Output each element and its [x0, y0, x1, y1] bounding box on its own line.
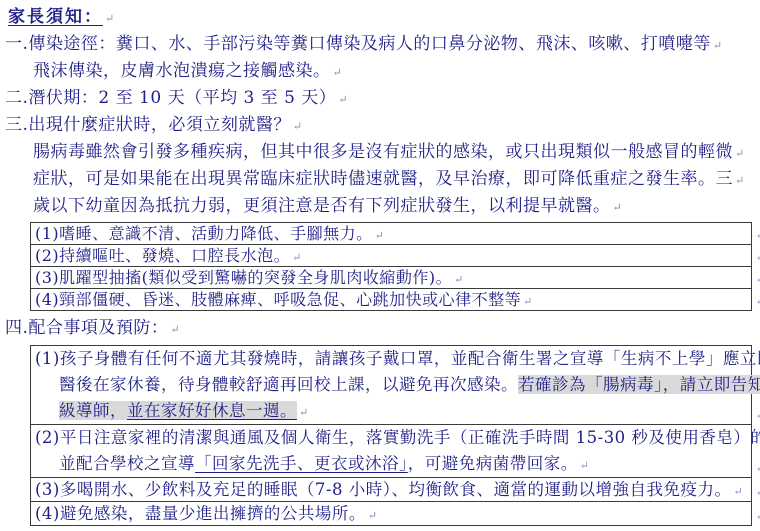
highlighted-underlined-text: 並在家好好休息一週。: [127, 401, 297, 420]
row-end-mark-icon: ↵: [756, 251, 760, 265]
row-end-mark-icon: ↵: [756, 273, 760, 287]
cell-line: 並配合學校之宣導「回家先洗手、更衣或沐浴」，可避免病菌帶回家。↵: [35, 451, 751, 477]
symptoms-paragraph-line-1: 腸病毒雖然會引發多種疾病，但其中很多是沒有症狀的感染，或只出現類似一般感冒的輕微…: [33, 139, 760, 166]
symptoms-paragraph-line-3: 歲以下幼童因為抵抗力弱，更須注意是否有下列症狀發生，以利提早就醫。↵: [33, 193, 760, 220]
table-row: (1)嗜睡、意識不清、活動力降低、手腳無力。↵ ↵: [31, 223, 751, 245]
incubation-line: 二.潛伏期：2 至 10 天（平均 3 至 5 天）↵: [5, 85, 760, 112]
line-break-mark-icon: ↵: [168, 323, 179, 336]
row-end-mark-icon: ↵: [756, 409, 760, 423]
line-break-mark-icon: ↵: [452, 273, 463, 286]
underlined-text: 「回家先洗手、更衣或沐浴」: [195, 454, 408, 473]
symptom-row-text: (3)肌躍型抽搐(類似受到驚嚇的突發全身肌肉收縮動作)。: [35, 268, 452, 287]
line-break-mark-icon: ↵: [297, 406, 308, 419]
cell-line: 醫後在家休養，待身體較舒適再回校上課，以避免再次感染。若確診為「腸病毒」，請立即…: [35, 372, 751, 398]
table-row: (2)持續嘔吐、發燒、口腔長水泡。↵ ↵: [31, 245, 751, 267]
transmission-line-1: 一.傳染途徑：糞口、水、手部污染等糞口傳染及病人的口鼻分泌物、飛沫、咳嗽、打噴嚏…: [5, 31, 760, 58]
paragraph-text: 症狀，可是如果能在出現異常臨床症狀時儘速就醫，及早治療，即可降低重症之發生率。三: [33, 169, 733, 189]
title-line: 家長須知：↵: [5, 4, 760, 31]
symptom-row-text: (2)持續嘔吐、發燒、口腔長水泡。: [35, 246, 290, 265]
document-page: 家長須知：↵ 一.傳染途徑：糞口、水、手部污染等糞口傳染及病人的口鼻分泌物、飛沫…: [0, 0, 760, 531]
line-break-mark-icon: ↵: [711, 39, 722, 52]
prevention-heading-text: 四.配合事項及預防：: [5, 318, 168, 338]
line-break-mark-icon: ↵: [290, 251, 301, 264]
symptom-row-text: (1)嗜睡、意識不清、活動力降低、手腳無力。: [35, 224, 373, 243]
highlighted-text: 級導師，: [59, 401, 127, 420]
highlighted-text: 若確診為「腸病毒」，請立即告知班: [518, 375, 760, 394]
paragraph-text: 歲以下幼童因為抵抗力弱，更須注意是否有下列症狀發生，以利提早就醫。: [33, 196, 611, 216]
row-end-mark-icon: ↵: [756, 510, 760, 524]
line-break-mark-icon: ↵: [521, 295, 532, 308]
table-row: (1)孩子身體有任何不適尤其發燒時，請讓孩子戴口罩，並配合衛生署之宣導「生病不上…: [31, 346, 751, 425]
line-break-mark-icon: ↵: [291, 120, 302, 133]
line-break-mark-icon: ↵: [578, 459, 589, 472]
line-break-mark-icon: ↵: [331, 66, 342, 79]
table-row: (2)平日注意家裡的清潔與通風及個人衛生，落實勤洗手（正確洗手時間 15-30 …: [31, 425, 751, 478]
paragraph-text: 腸病毒雖然會引發多種疾病，但其中很多是沒有症狀的感染，或只出現類似一般感冒的輕微: [33, 142, 733, 162]
transmission-line-2: 飛沫傳染，皮膚水泡潰瘍之接觸感染。↵: [33, 58, 760, 85]
prevention-text: (3)多喝開水、少飲料及充足的睡眠（7-8 小時）、均衡飲食、適當的運動以增強自…: [35, 480, 731, 499]
page-title: 家長須知：: [8, 7, 103, 27]
prevention-text: (1)孩子身體有任何不適尤其發燒時，請讓孩子戴口罩，並配合衛生署之宣導「生病不上…: [35, 349, 760, 368]
line-break-mark-icon: ↵: [103, 12, 114, 25]
line-break-mark-icon: ↵: [336, 93, 347, 106]
cell-line: (2)平日注意家裡的清潔與通風及個人衛生，落實勤洗手（正確洗手時間 15-30 …: [35, 425, 751, 451]
prevention-text: 並配合學校之宣導: [59, 454, 195, 473]
transmission-text-1: 一.傳染途徑：糞口、水、手部污染等糞口傳染及病人的口鼻分泌物、飛沫、咳嗽、打噴嚏…: [5, 34, 711, 54]
row-end-mark-icon: ↵: [756, 295, 760, 309]
table-row: (4)頸部僵硬、昏迷、肢體麻痺、呼吸急促、心跳加快或心律不整等↵ ↵: [31, 289, 751, 311]
line-break-mark-icon: ↵: [731, 485, 742, 498]
symptoms-heading-text: 三.出現什麼症狀時，必須立刻就醫？: [5, 115, 291, 135]
row-end-mark-icon: ↵: [756, 462, 760, 476]
symptoms-paragraph-line-2: 症狀，可是如果能在出現異常臨床症狀時儘速就醫，及早治療，即可降低重症之發生率。三…: [33, 166, 760, 193]
prevention-text: (2)平日注意家裡的清潔與通風及個人衛生，落實勤洗手（正確洗手時間 15-30 …: [35, 428, 760, 447]
table-row: (3)肌躍型抽搐(類似受到驚嚇的突發全身肌肉收縮動作)。↵ ↵: [31, 267, 751, 289]
line-break-mark-icon: ↵: [373, 229, 384, 242]
prevention-table: (1)孩子身體有任何不適尤其發燒時，請讓孩子戴口罩，並配合衛生署之宣導「生病不上…: [30, 345, 752, 526]
prevention-text: 醫後在家休養，待身體較舒適再回校上課，以避免再次感染。: [59, 375, 518, 394]
line-break-mark-icon: ↵: [611, 201, 622, 214]
line-break-mark-icon: ↵: [366, 509, 377, 522]
table-row: (3)多喝開水、少飲料及充足的睡眠（7-8 小時）、均衡飲食、適當的運動以增強自…: [31, 478, 751, 502]
symptom-row-text: (4)頸部僵硬、昏迷、肢體麻痺、呼吸急促、心跳加快或心律不整等: [35, 290, 521, 309]
cell-line: (1)孩子身體有任何不適尤其發燒時，請讓孩子戴口罩，並配合衛生署之宣導「生病不上…: [35, 346, 751, 372]
prevention-heading: 四.配合事項及預防：↵: [5, 315, 760, 342]
table-row: (4)避免感染，盡量少進出擁擠的公共場所。↵ ↵: [31, 502, 751, 526]
symptoms-heading: 三.出現什麼症狀時，必須立刻就醫？↵: [5, 112, 760, 139]
row-end-mark-icon: ↵: [756, 486, 760, 500]
prevention-text: (4)避免感染，盡量少進出擁擠的公共場所。: [35, 504, 366, 523]
prevention-text: ，可避免病菌帶回家。: [408, 454, 578, 473]
cell-line: 級導師，並在家好好休息一週。↵: [35, 398, 751, 424]
line-break-mark-icon: ↵: [733, 174, 744, 187]
symptom-table: (1)嗜睡、意識不清、活動力降低、手腳無力。↵ ↵ (2)持續嘔吐、發燒、口腔長…: [30, 222, 752, 311]
incubation-text: 二.潛伏期：2 至 10 天（平均 3 至 5 天）: [5, 88, 336, 108]
line-break-mark-icon: ↵: [733, 147, 744, 160]
transmission-text-2: 飛沫傳染，皮膚水泡潰瘍之接觸感染。: [33, 61, 331, 81]
row-end-mark-icon: ↵: [756, 229, 760, 243]
